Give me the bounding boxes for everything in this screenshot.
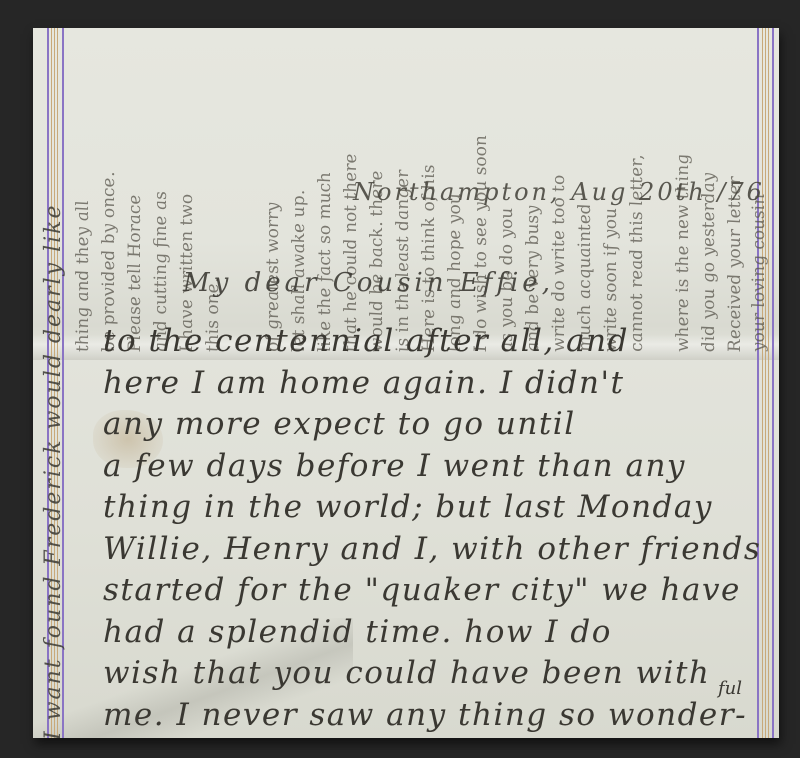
right-margin-rule-tan [765, 28, 766, 738]
cross-writing-line: and cutting fine as [149, 30, 173, 353]
body-line: started for the "quaker city" we have [103, 570, 753, 612]
letter-body: to the centennial after all, and here I … [103, 321, 753, 736]
cross-writing-line: I have written two [175, 30, 199, 353]
body-line: Willie, Henry and I, with other friends [103, 529, 753, 571]
body-line: me. I never saw any thing so wonder- [103, 695, 753, 737]
body-line: wish that you could have been with [103, 653, 753, 695]
body-line: here I am home again. I didn't [103, 363, 753, 405]
cross-writing-line: thing and they all [71, 30, 95, 353]
cross-writing-line: Please tell Horace [123, 30, 147, 353]
letter-dateline: Northampton, Aug 20th /76 [353, 178, 765, 206]
body-line: to the centennial after all, and [103, 321, 753, 363]
body-line: any more expect to go until [103, 404, 753, 446]
right-margin-rule-purple-outer [772, 28, 774, 738]
right-margin-rule-purple-inner [757, 28, 759, 738]
cross-writing-line: of greatest worry [261, 30, 285, 353]
left-margin-note: I want found Frederick would dearly like [41, 80, 67, 738]
cross-writing-line: like the fact so much [313, 30, 337, 353]
body-line: had a splendid time. how I do [103, 612, 753, 654]
right-margin-rule-tan [762, 28, 763, 738]
letter-page: I want found Frederick would dearly like… [33, 28, 779, 738]
right-margin-rule-tan [768, 28, 769, 738]
body-line: thing in the world; but last Monday [103, 487, 753, 529]
body-line: a few days before I went than any [103, 446, 753, 488]
cross-writing-line: be provided by once. [97, 30, 121, 353]
inserted-word-ful: ful [718, 678, 742, 699]
cross-writing-line: let shall awake up. [287, 30, 311, 353]
cross-writing-line: this one. [201, 30, 225, 353]
letter-salutation: My dear Cousin Effie, [183, 268, 554, 298]
